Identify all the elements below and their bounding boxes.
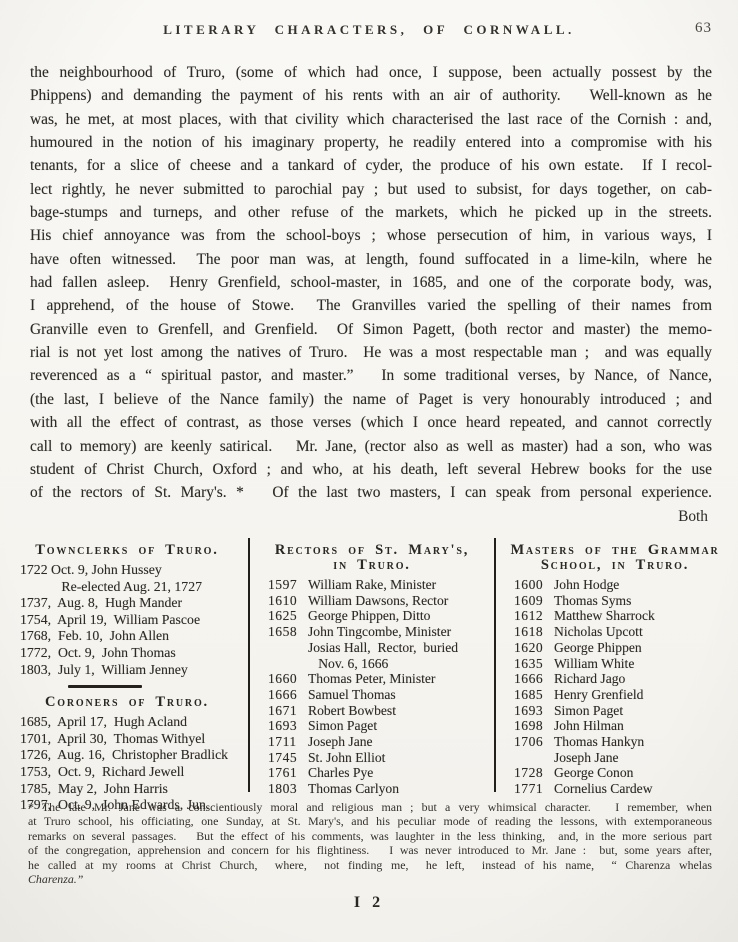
body-line: was, he met, at most places, with that c… xyxy=(30,108,712,131)
entry-name: John Hilman xyxy=(554,718,624,734)
footnote-line: of the congregation, apprehension and co… xyxy=(28,843,712,857)
footnote-line: he called at my rooms at Christ Church, … xyxy=(28,858,712,872)
entry-year: 1711 xyxy=(268,734,308,750)
entry-year: 1658 xyxy=(268,624,308,640)
list-entry: 1609 Thomas Syms xyxy=(496,593,734,609)
list-entry: 1722 Oct. 9, John Hussey xyxy=(6,562,248,579)
footnote: * The late Mr. Jane was a conscientiousl… xyxy=(28,800,712,886)
entry-name: Joseph Jane xyxy=(308,734,373,750)
rectors-column: Rectors of St. Mary's, in Truro. 1597 Wi… xyxy=(248,538,494,792)
entry-name: Cornelius Cardew xyxy=(554,781,653,797)
list-entry: 1753, Oct. 9, Richard Jewell xyxy=(6,764,248,781)
entry-name: Simon Paget xyxy=(554,703,623,719)
list-entry: 1761 Charles Pye xyxy=(250,765,494,781)
entry-year: 1620 xyxy=(514,640,554,656)
entry-year: 1660 xyxy=(268,671,308,687)
entry-year: 1600 xyxy=(514,577,554,593)
masters-title-line2: School, in Truro. xyxy=(496,558,734,573)
list-entry: 1612 Matthew Sharrock xyxy=(496,608,734,624)
body-line: call to memory) are keenly satirical. Mr… xyxy=(30,435,712,458)
footnote-line: at Truro school, his officiating, one Su… xyxy=(28,814,712,828)
entry-name: Samuel Thomas xyxy=(308,687,396,703)
entry-name: John Tingcombe, Minister xyxy=(308,624,451,640)
footnote-line: remarks on several passages. But the eff… xyxy=(28,829,712,843)
entry-name: Simon Paget xyxy=(308,718,377,734)
entry-name: Nov. 6, 1666 xyxy=(308,656,388,672)
list-entry: 1685 Henry Grenfield xyxy=(496,687,734,703)
list-entry: 1737, Aug. 8, Hugh Mander xyxy=(6,595,248,612)
entry-year: 1761 xyxy=(268,765,308,781)
entry-name: John Hodge xyxy=(554,577,619,593)
body-line: with all the effect of contrast, as thos… xyxy=(30,411,712,434)
body-line: humoured in the notion of his imaginary … xyxy=(30,131,712,154)
entry-year xyxy=(514,750,554,766)
masters-title-line1: Masters of the Grammar xyxy=(496,543,734,558)
list-entry: 1600 John Hodge xyxy=(496,577,734,593)
entry-name: Matthew Sharrock xyxy=(554,608,655,624)
entry-name: Thomas Syms xyxy=(554,593,631,609)
entry-name: Charles Pye xyxy=(308,765,373,781)
body-line: have often witnessed. The poor man was, … xyxy=(30,248,712,271)
rectors-title-line1: Rectors of St. Mary's, xyxy=(250,543,494,558)
entry-name: Thomas Hankyn xyxy=(554,734,644,750)
entry-name: Josias Hall, Rector, buried xyxy=(308,640,458,656)
entry-year: 1597 xyxy=(268,577,308,593)
list-entry: 1666 Richard Jago xyxy=(496,671,734,687)
list-entry: 1620 George Phippen xyxy=(496,640,734,656)
entry-name: Robert Bowbest xyxy=(308,703,396,719)
entry-year xyxy=(268,640,308,656)
list-entry: 1726, Aug. 16, Christopher Bradlick xyxy=(6,747,248,764)
list-entry: 1754, April 19, William Pascoe xyxy=(6,612,248,629)
body-line: bage-stumps and turneps, and other refus… xyxy=(30,201,712,224)
entry-name: St. John Elliot xyxy=(308,750,385,766)
body-line: lect rightly, he never submitted to paro… xyxy=(30,178,712,201)
rectors-list: 1597 William Rake, Minister 1610 William… xyxy=(250,577,494,797)
lists-section: Townclerks of Truro. 1722 Oct. 9, John H… xyxy=(6,538,734,792)
entry-year: 1666 xyxy=(268,687,308,703)
entry-name: Thomas Carlyon xyxy=(308,781,399,797)
entry-year xyxy=(268,656,308,672)
list-entry: 1610 William Dawsons, Rector xyxy=(250,593,494,609)
body-line: rial is not yet lost among the natives o… xyxy=(30,341,712,364)
townclerks-list: 1722 Oct. 9, John Hussey Re-elected Aug.… xyxy=(6,562,248,678)
body-line: the neighbourhood of Truro, (some of whi… xyxy=(30,61,712,84)
body-line: of the rectors of St. Mary's. * Of the l… xyxy=(30,481,712,504)
entry-year: 1771 xyxy=(514,781,554,797)
footnote-lines: * The late Mr. Jane was a conscientiousl… xyxy=(28,800,712,886)
entry-year: 1698 xyxy=(514,718,554,734)
body-line: tenants, for a slice of cheese and a tan… xyxy=(30,154,712,177)
rectors-title-line2: in Truro. xyxy=(250,558,494,573)
book-page: LITERARY CHARACTERS, OF CORNWALL. 63 the… xyxy=(0,0,738,942)
body-line: had fallen asleep. Henry Grenfield, scho… xyxy=(30,271,712,294)
running-head-title: LITERARY CHARACTERS, OF CORNWALL. xyxy=(0,22,738,38)
entry-name: William Rake, Minister xyxy=(308,577,436,593)
page-number: 63 xyxy=(695,20,712,37)
list-entry: Josias Hall, Rector, buried xyxy=(250,640,494,656)
coroners-title: Coroners of Truro. xyxy=(6,695,248,710)
list-entry: 1671 Robert Bowbest xyxy=(250,703,494,719)
entry-name: Thomas Peter, Minister xyxy=(308,671,435,687)
list-entry: 1658 John Tingcombe, Minister xyxy=(250,624,494,640)
entry-name: William Dawsons, Rector xyxy=(308,593,448,609)
list-entry: Re-elected Aug. 21, 1727 xyxy=(6,579,248,596)
entry-year: 1610 xyxy=(268,593,308,609)
entry-year: 1693 xyxy=(514,703,554,719)
entry-year: 1635 xyxy=(514,656,554,672)
entry-name: George Phippen, Ditto xyxy=(308,608,430,624)
townclerks-title: Townclerks of Truro. xyxy=(6,543,248,558)
masters-column: Masters of the Grammar School, in Truro.… xyxy=(494,538,734,792)
body-line: reverenced as a “ spiritual pastor, and … xyxy=(30,364,712,387)
list-entry: 1693 Simon Paget xyxy=(250,718,494,734)
body-line: (the last, I believe of the Nance family… xyxy=(30,388,712,411)
list-entry: 1745 St. John Elliot xyxy=(250,750,494,766)
entry-name: George Conon xyxy=(554,765,633,781)
entry-year: 1706 xyxy=(514,734,554,750)
entry-year: 1625 xyxy=(268,608,308,624)
list-entry: 1698 John Hilman xyxy=(496,718,734,734)
entry-year: 1618 xyxy=(514,624,554,640)
list-entry: Nov. 6, 1666 xyxy=(250,656,494,672)
list-entry: 1706 Thomas Hankyn xyxy=(496,734,734,750)
entry-year: 1671 xyxy=(268,703,308,719)
body-line: student of Christ Church, Oxford ; and w… xyxy=(30,458,712,481)
list-entry: 1666 Samuel Thomas xyxy=(250,687,494,703)
entry-name: Joseph Jane xyxy=(554,750,619,766)
entry-year: 1609 xyxy=(514,593,554,609)
section-divider-rule xyxy=(68,685,142,688)
entry-name: William White xyxy=(554,656,634,672)
entry-name: George Phippen xyxy=(554,640,642,656)
list-entry: 1701, April 30, Thomas Withyel xyxy=(6,731,248,748)
body-paragraph: the neighbourhood of Truro, (some of whi… xyxy=(30,61,712,528)
entry-year: 1666 xyxy=(514,671,554,687)
footnote-line: * The late Mr. Jane was a conscientiousl… xyxy=(28,800,712,814)
body-line: Phippens) and demanding the payment of h… xyxy=(30,84,712,107)
list-entry: 1618 Nicholas Upcott xyxy=(496,624,734,640)
list-entry: 1685, April 17, Hugh Acland xyxy=(6,714,248,731)
footnote-line: Charenza.” xyxy=(28,872,712,886)
entry-year: 1803 xyxy=(268,781,308,797)
list-entry: 1711 Joseph Jane xyxy=(250,734,494,750)
entry-year: 1685 xyxy=(514,687,554,703)
list-entry: 1772, Oct. 9, John Thomas xyxy=(6,645,248,662)
entry-year: 1745 xyxy=(268,750,308,766)
list-entry: 1660 Thomas Peter, Minister xyxy=(250,671,494,687)
entry-year: 1728 xyxy=(514,765,554,781)
catchword: Both xyxy=(30,505,712,528)
entry-name: Nicholas Upcott xyxy=(554,624,643,640)
list-entry: 1803, July 1, William Jenney xyxy=(6,662,248,679)
list-entry: 1728 George Conon xyxy=(496,765,734,781)
list-entry: 1635 William White xyxy=(496,656,734,672)
printer-signature: I 2 xyxy=(0,894,738,912)
entry-year: 1693 xyxy=(268,718,308,734)
list-entry: 1803 Thomas Carlyon xyxy=(250,781,494,797)
entry-year: 1612 xyxy=(514,608,554,624)
list-entry: Joseph Jane xyxy=(496,750,734,766)
body-lines: the neighbourhood of Truro, (some of whi… xyxy=(30,61,712,505)
list-entry: 1768, Feb. 10, John Allen xyxy=(6,628,248,645)
entry-name: Henry Grenfield xyxy=(554,687,643,703)
list-entry: 1625 George Phippen, Ditto xyxy=(250,608,494,624)
body-line: His chief annoyance was from the school-… xyxy=(30,224,712,247)
list-entry: 1693 Simon Paget xyxy=(496,703,734,719)
body-line: I apprehend, of the house of Stowe. The … xyxy=(30,294,712,317)
coroners-list: 1685, April 17, Hugh Acland1701, April 3… xyxy=(6,714,248,814)
list-entry: 1785, May 2, John Harris xyxy=(6,781,248,798)
townclerks-column: Townclerks of Truro. 1722 Oct. 9, John H… xyxy=(6,538,248,792)
masters-list: 1600 John Hodge 1609 Thomas Syms 1612 Ma… xyxy=(496,577,734,797)
body-line: Granville even to Grenfell, and Grenfiel… xyxy=(30,318,712,341)
entry-name: Richard Jago xyxy=(554,671,625,687)
list-entry: 1597 William Rake, Minister xyxy=(250,577,494,593)
list-entry: 1771 Cornelius Cardew xyxy=(496,781,734,797)
